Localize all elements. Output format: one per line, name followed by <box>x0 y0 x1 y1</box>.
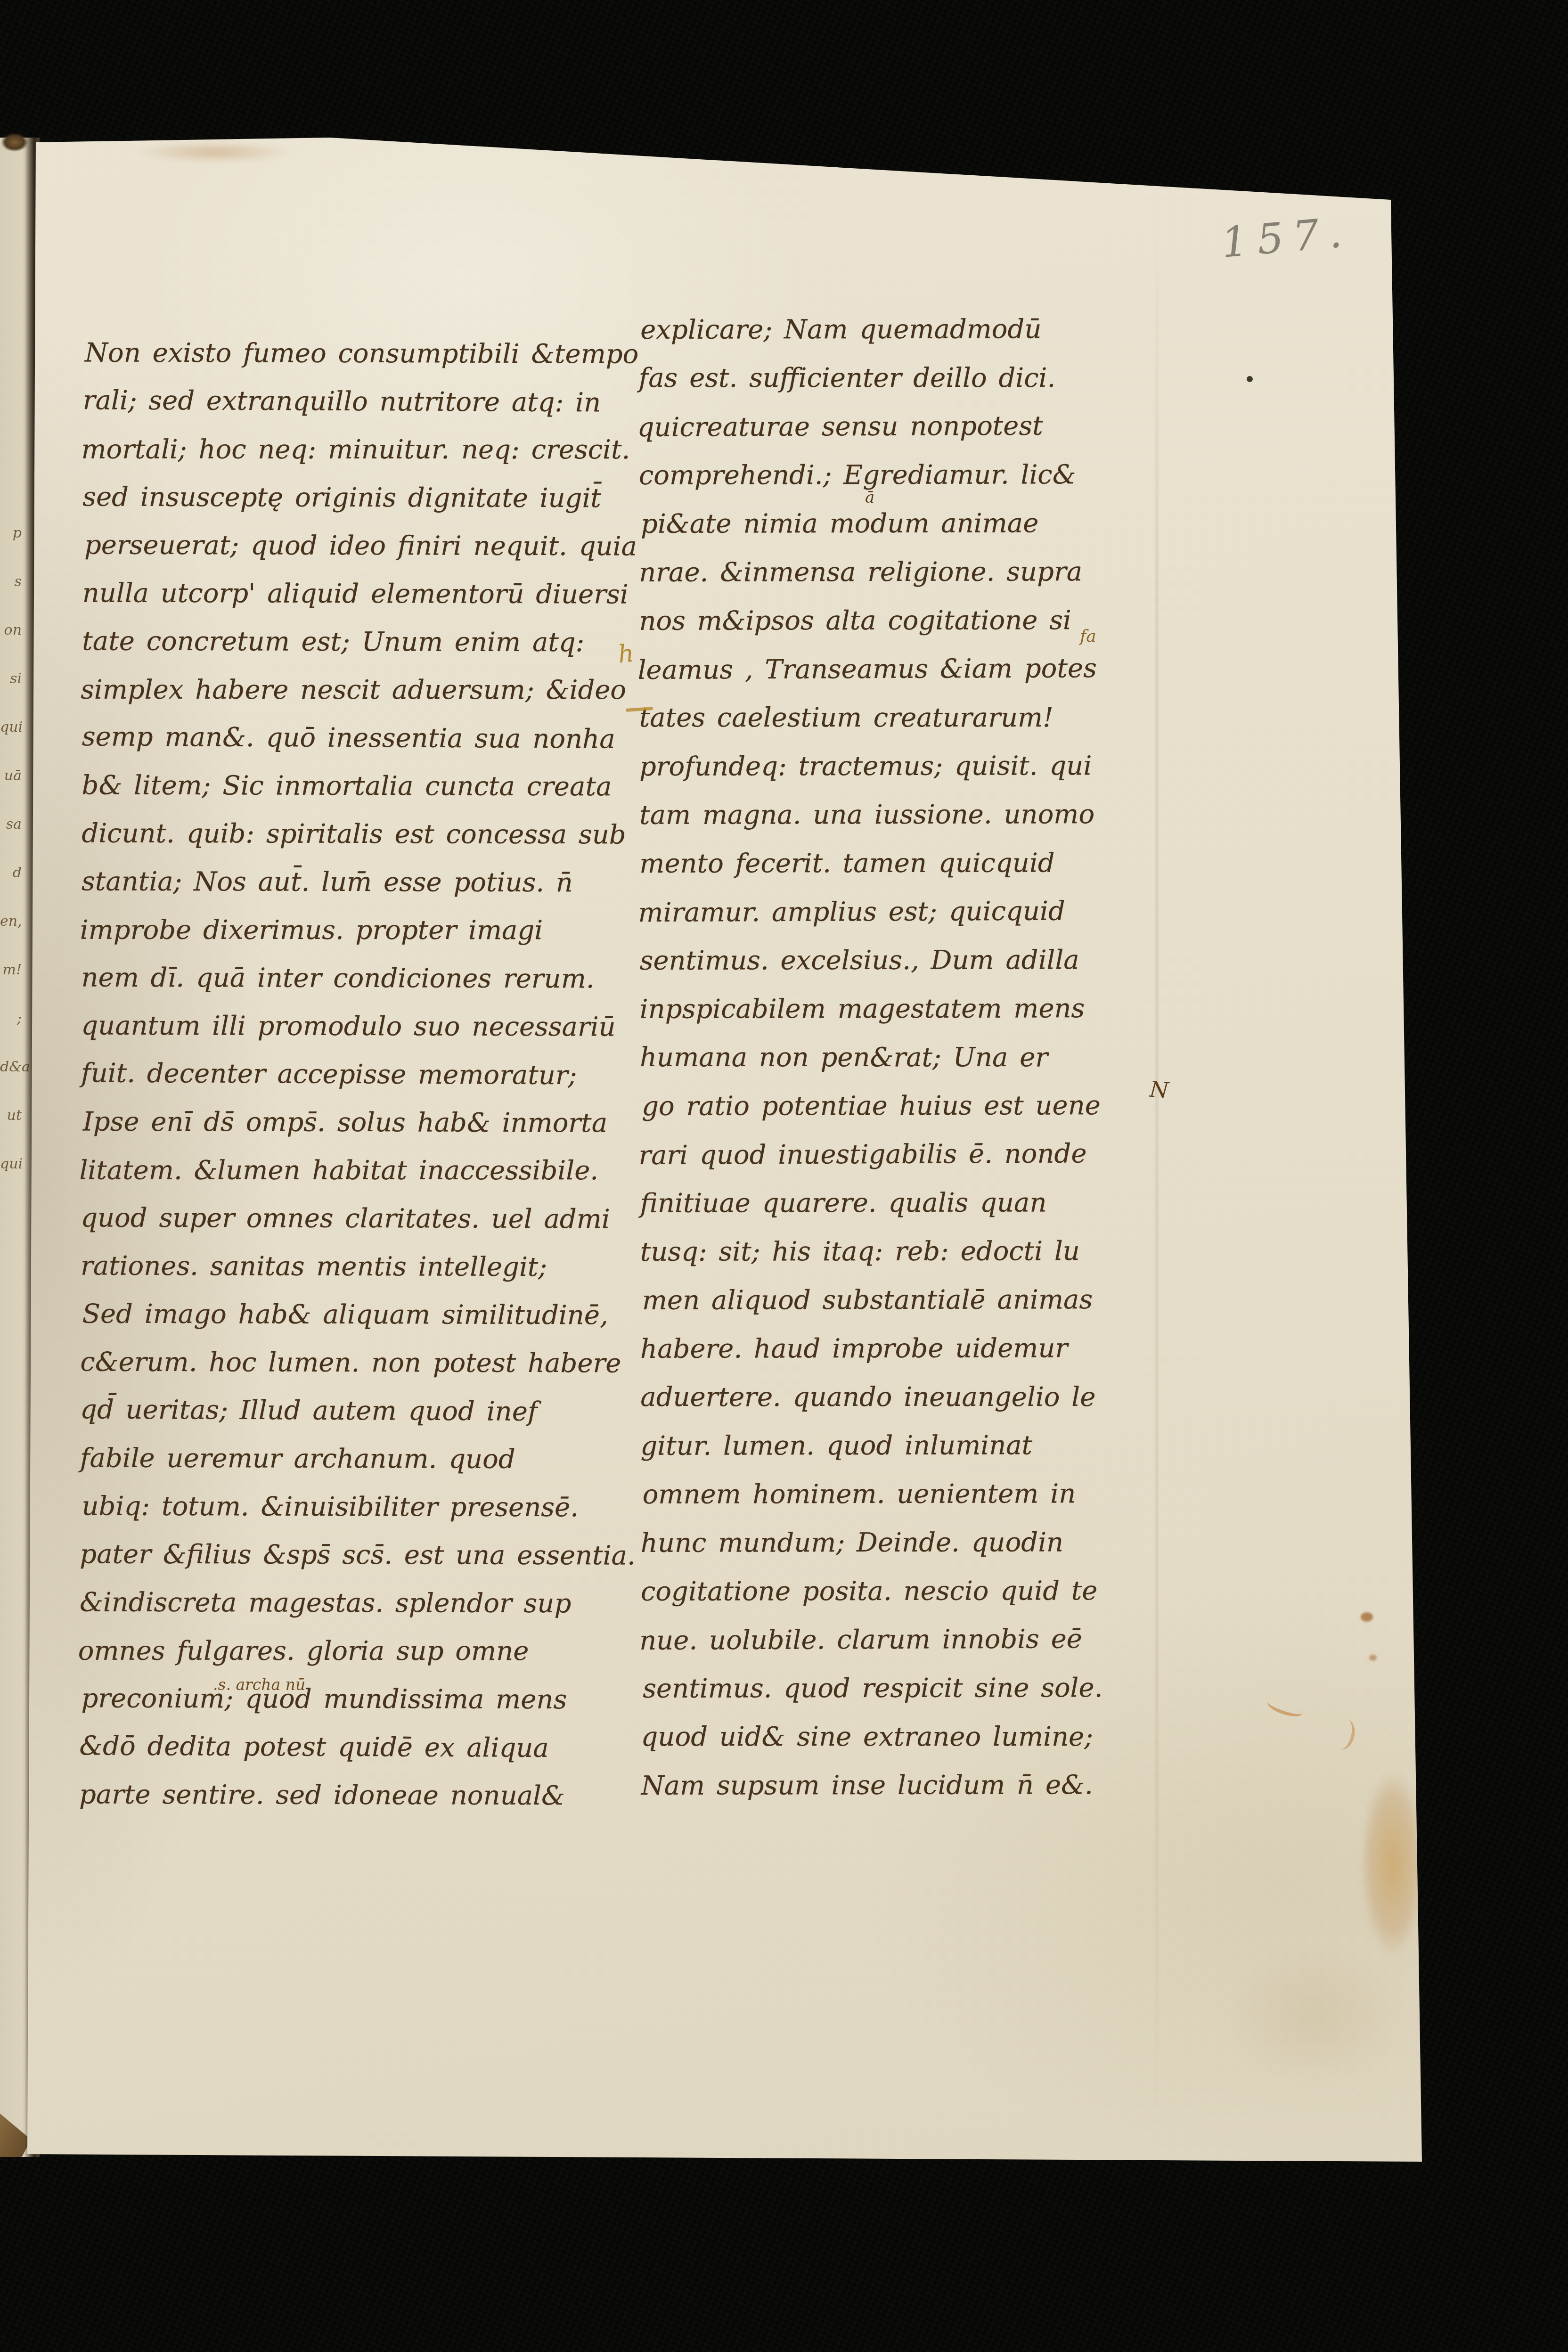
text-line: cogitatione posita. nescio quid te <box>641 1567 1126 1616</box>
text-line: improbe dixerimus. propter imagi <box>80 906 617 955</box>
text-line: tusq: sit; his itaq: reb: edocti lu <box>640 1227 1126 1276</box>
text-line: s <box>0 557 22 606</box>
text-line: ; <box>0 994 22 1043</box>
text-line: qui <box>0 703 22 751</box>
text-line: stantia; Nos aut̄. lum̄ esse potius. n̄ <box>82 858 619 907</box>
manuscript-page: 157. Non existo fumeo consumptibili &tem… <box>0 0 1568 2352</box>
text-line: Nam supsum inse lucidum n̄ e&. <box>641 1761 1127 1810</box>
text-line: rari quod inuestigabilis ē. nonde <box>638 1129 1124 1180</box>
text-line: m! <box>0 946 22 994</box>
stain <box>1265 1694 1306 1720</box>
text-line: sentimus. excelsius., Dum adilla <box>640 936 1125 985</box>
text-line: rali; sed extranquillo nutritore atq: in <box>83 376 620 427</box>
text-line: tate concretum est; Unum enim atq: <box>82 618 619 667</box>
text-line: explicare; Nam quemadmodū <box>640 305 1126 354</box>
text-line: sed insusceptę originis dignitate iugit̄ <box>82 474 620 523</box>
text-line: Sed imago hab& aliquam similitudinē, <box>82 1290 620 1340</box>
text-line: omnes fulgares. gloria sup omne <box>78 1627 615 1676</box>
text-line: sa <box>0 800 22 849</box>
text-line: sentimus. quod respicit sine sole. <box>643 1664 1128 1713</box>
text-line: finitiuae quarere. qualis quan <box>640 1178 1125 1228</box>
text-line: tam magna. una iussione. unomo <box>639 790 1125 840</box>
text-line: tates caelestium creaturarum! <box>639 694 1125 742</box>
text-line: men aliquod substantialē animas <box>642 1275 1127 1325</box>
text-line: quod uid& sine extraneo lumine; <box>641 1713 1126 1761</box>
text-line: inpspicabilem magestatem mens <box>640 984 1125 1034</box>
text-line: ut <box>0 1091 22 1140</box>
previous-page-line-fragments: psonsiquiuāsaden,m!;d&autqui <box>0 509 22 1188</box>
text-line: nrae. &inmensa religione. supra <box>639 547 1124 597</box>
text-line: fas est. sufficienter deillo dici. <box>638 354 1124 402</box>
parchment-crease <box>1155 207 1159 2130</box>
text-line: dicunt. quib: spiritalis est concessa su… <box>82 810 619 859</box>
text-line: litatem. &lumen habitat inaccessibile. <box>79 1147 616 1195</box>
text-line: quod super omnes claritates. uel admi <box>81 1194 618 1244</box>
text-line: on <box>0 606 22 654</box>
text-line: qui <box>0 1140 22 1188</box>
text-line: rationes. sanitas mentis intellegit; <box>81 1242 618 1292</box>
text-line: fuit. decenter accepisse memoratur; <box>81 1049 618 1100</box>
stain <box>1369 1655 1377 1661</box>
text-line: perseuerat; quod ideo finiri nequit. qui… <box>84 522 621 571</box>
text-line: quantum illi promodulo suo necessariū <box>81 1002 618 1052</box>
text-line: &dō dedita potest quidē ex aliqua <box>79 1722 616 1772</box>
text-line: go ratio potentiae huius est uene <box>642 1081 1127 1131</box>
text-line: en, <box>0 897 22 946</box>
manuscript-photo: psonsiquiuāsaden,m!;d&autqui 157. Non ex… <box>0 0 1568 2352</box>
text-line: profundeq: tractemus; quisit. qui <box>639 742 1125 791</box>
text-line: gitur. lumen. quod inluminat <box>640 1421 1126 1470</box>
text-line: d&a <box>0 1043 22 1091</box>
ink-speck <box>1247 376 1253 382</box>
text-line: Ipse enī ds̄ omps̄. solus hab& inmorta <box>83 1098 620 1148</box>
text-line: habere. haud improbe uidemur <box>640 1324 1126 1373</box>
text-line: Non existo fumeo consumptibili &tempo <box>85 329 622 379</box>
margin-mark: N <box>1149 1077 1169 1103</box>
text-line: nos m&ipsos alta cogitatione si <box>639 596 1124 645</box>
text-line: &indiscreta magestas. splendor sup <box>80 1579 617 1628</box>
text-line: qd̄ ueritas; Illud autem quod inef <box>80 1386 617 1436</box>
text-line: leamus , Transeamus &iam potes <box>637 644 1123 694</box>
text-line: quicreaturae sensu nonpotest <box>637 401 1122 452</box>
stain <box>1329 1716 1358 1752</box>
text-line: nue. uolubile. clarum innobis eē <box>639 1615 1125 1665</box>
text-line: semp man&. quō inessentia sua nonha <box>82 713 619 763</box>
text-line: nulla utcorp' aliquid elementorū diuersi <box>82 570 620 619</box>
text-line: mortali; hoc neq: minuitur. neq: crescit… <box>81 426 618 474</box>
text-line: parte sentire. sed idoneae nonual& <box>79 1771 616 1821</box>
text-line: d <box>0 849 22 897</box>
text-line: c&erum. hoc lumen. non potest habere <box>80 1339 617 1388</box>
text-line: preconium; quod mundissima mens <box>81 1675 618 1724</box>
text-column-left: Non existo fumeo consumptibili &temporal… <box>79 329 620 1821</box>
stain <box>1361 1612 1373 1622</box>
text-line: pater &filius &sps̄ scs̄. est una essent… <box>80 1531 617 1580</box>
interlinear-correction: fa <box>1080 627 1096 646</box>
text-line: nem dī. quā inter condiciones rerum. <box>81 954 618 1004</box>
text-line: fabile ueremur archanum. quod <box>80 1435 617 1484</box>
text-line: humana non pen&rat; Una er <box>640 1033 1125 1082</box>
text-line: comprehendi.; Egrediamur. lic& <box>639 450 1124 500</box>
interlinear-correction: ā <box>865 488 874 507</box>
text-line: miramur. amplius est; quicquid <box>638 887 1123 937</box>
text-line: pi&ate nimia modum animae <box>641 499 1126 548</box>
text-line: ubiq: totum. &inuisibiliter presensē. <box>82 1483 619 1532</box>
folio-number: 157. <box>1219 207 1353 267</box>
stain <box>111 138 318 167</box>
text-line: uā <box>0 751 22 800</box>
text-line: si <box>0 654 22 703</box>
stain <box>1357 1760 1429 1968</box>
stain <box>1211 1936 1418 2097</box>
text-line: simplex habere nescit aduersum; &ideo <box>81 666 618 715</box>
interlinear-gloss: .s. archa nū <box>213 1675 305 1694</box>
text-line: b& litem; Sic inmortalia cuncta creata <box>82 762 619 811</box>
text-column-right: explicare; Nam quemadmodūfas est. suffic… <box>638 305 1127 1810</box>
text-line: omnem hominem. uenientem in <box>643 1470 1128 1519</box>
text-line: mento fecerit. tamen quicquid <box>639 839 1125 888</box>
text-line: p <box>0 509 22 557</box>
margin-mark-ochre: h <box>617 639 636 669</box>
text-line: aduertere. quando ineuangelio le <box>640 1373 1126 1421</box>
text-line: hunc mundum; Deinde. quodin <box>641 1518 1126 1568</box>
